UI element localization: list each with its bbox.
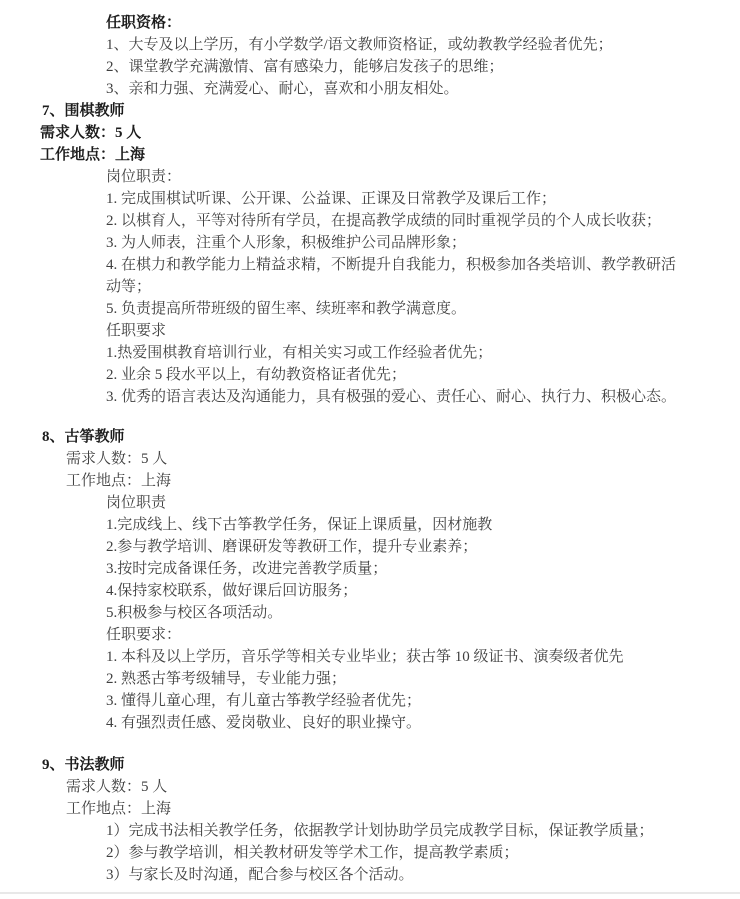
duty-item: 2）参与教学培训，相关教材研发等学术工作，提高教学素质； bbox=[0, 842, 740, 864]
duty-item: 1. 完成围棋试听课、公开课、公益课、正课及日常教学及课后工作； bbox=[0, 188, 740, 210]
location: 工作地点：上海 bbox=[0, 798, 740, 820]
location: 工作地点：上海 bbox=[0, 470, 740, 492]
duty-item: 4. 在棋力和教学能力上精益求精，不断提升自我能力，积极参加各类培训、教学教研活… bbox=[0, 254, 740, 298]
qualification-item: 2、课堂教学充满激情、富有感染力，能够启发孩子的思维； bbox=[0, 56, 740, 78]
qualifications-heading: 任职资格： bbox=[0, 12, 740, 34]
headcount: 需求人数：5 人 bbox=[0, 448, 740, 470]
duty-item: 1）完成书法相关教学任务，依据教学计划协助学员完成教学目标，保证教学质量； bbox=[0, 820, 740, 842]
duties-heading: 岗位职责 bbox=[0, 492, 740, 514]
qualification-item: 3、亲和力强、充满爱心、耐心，喜欢和小朋友相处。 bbox=[0, 78, 740, 100]
duty-item: 3）与家长及时沟通，配合参与校区各个活动。 bbox=[0, 864, 740, 886]
headcount: 需求人数：5 人 bbox=[0, 776, 740, 798]
requirement-item: 2. 熟悉古筝考级辅导，专业能力强； bbox=[0, 668, 740, 690]
duty-item: 4.保持家校联系，做好课后回访服务； bbox=[0, 580, 740, 602]
duty-item: 3.按时完成备课任务，改进完善教学质量； bbox=[0, 558, 740, 580]
location: 工作地点：上海 bbox=[0, 144, 740, 166]
requirements-heading: 任职要求 bbox=[0, 320, 740, 342]
job-posting-document: 任职资格： 1、大专及以上学历，有小学数学/语文教师资格证，或幼教教学经验者优先… bbox=[0, 0, 740, 886]
job-section-calligraphy-teacher: 9、书法教师 需求人数：5 人 工作地点：上海 1）完成书法相关教学任务，依据教… bbox=[0, 754, 740, 886]
duty-item: 2.参与教学培训、磨课研发等教研工作，提升专业素养； bbox=[0, 536, 740, 558]
requirement-item: 1.热爱围棋教育培训行业，有相关实习或工作经验者优先； bbox=[0, 342, 740, 364]
qualification-item: 1、大专及以上学历，有小学数学/语文教师资格证，或幼教教学经验者优先； bbox=[0, 34, 740, 56]
intro-qualifications-block: 任职资格： 1、大专及以上学历，有小学数学/语文教师资格证，或幼教教学经验者优先… bbox=[0, 12, 740, 100]
job-title: 9、书法教师 bbox=[0, 754, 740, 776]
requirements-heading: 任职要求： bbox=[0, 624, 740, 646]
requirement-item: 4. 有强烈责任感、爱岗敬业、良好的职业操守。 bbox=[0, 712, 740, 734]
duties-heading: 岗位职责： bbox=[0, 166, 740, 188]
job-section-go-teacher: 7、围棋教师 需求人数：5 人 工作地点：上海 岗位职责： 1. 完成围棋试听课… bbox=[0, 100, 740, 408]
duty-item: 5.积极参与校区各项活动。 bbox=[0, 602, 740, 624]
duty-item: 2. 以棋育人，平等对待所有学员，在提高教学成绩的同时重视学员的个人成长收获； bbox=[0, 210, 740, 232]
page-divider bbox=[0, 892, 740, 894]
duty-item: 5. 负责提高所带班级的留生率、续班率和教学满意度。 bbox=[0, 298, 740, 320]
requirement-item: 3. 优秀的语言表达及沟通能力，具有极强的爱心、责任心、耐心、执行力、积极心态。 bbox=[0, 386, 740, 408]
job-title: 7、围棋教师 bbox=[0, 100, 740, 122]
job-section-guzheng-teacher: 8、古筝教师 需求人数：5 人 工作地点：上海 岗位职责 1.完成线上、线下古筝… bbox=[0, 426, 740, 734]
job-title: 8、古筝教师 bbox=[0, 426, 740, 448]
requirement-item: 2. 业余 5 段水平以上，有幼教资格证者优先； bbox=[0, 364, 740, 386]
duty-item: 3. 为人师表，注重个人形象，积极维护公司品牌形象； bbox=[0, 232, 740, 254]
requirement-item: 3. 懂得儿童心理，有儿童古筝教学经验者优先； bbox=[0, 690, 740, 712]
requirement-item: 1. 本科及以上学历，音乐学等相关专业毕业；获古筝 10 级证书、演奏级者优先 bbox=[0, 646, 740, 668]
duty-item: 1.完成线上、线下古筝教学任务，保证上课质量，因材施教 bbox=[0, 514, 740, 536]
headcount: 需求人数：5 人 bbox=[0, 122, 740, 144]
